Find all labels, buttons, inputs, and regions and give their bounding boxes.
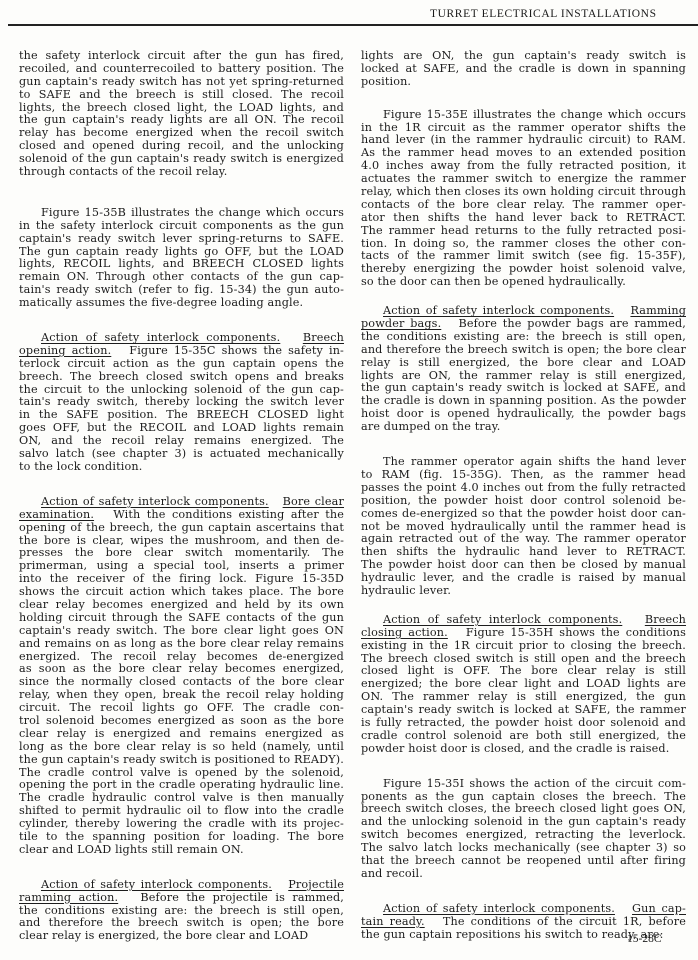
text-line: to SAFE and the breech is still closed. … xyxy=(19,89,344,102)
text-line: to RAM (fig. 15-35G). Then, as the ramme… xyxy=(361,469,686,482)
text-line: is fully retracted, the powder hoist doo… xyxy=(361,717,686,730)
text-line: Figure 15-35I shows the action of the ci… xyxy=(361,778,686,791)
section-heading-line-2: opening action. Figure 15-35C shows the … xyxy=(19,345,344,358)
left-column: the safety interlock circuit after the g… xyxy=(19,50,344,959)
section-subheading-cont: ramming action. xyxy=(19,891,118,904)
section-heading-line-2: examination. With the conditions existin… xyxy=(19,509,344,522)
right-column: lights are ON, the gun captain's ready s… xyxy=(361,50,686,957)
section-heading-line-2: closing action. Figure 15-35H shows the … xyxy=(361,627,686,640)
text-line: opening of the breech, the gun captain a… xyxy=(19,522,344,535)
text-span: With the conditions existing after the xyxy=(113,508,344,521)
section-subheading: Projectile xyxy=(288,878,344,891)
text-line: the conditions existing are: the breech … xyxy=(361,331,686,344)
text-line: Figure 15-35E illustrates the change whi… xyxy=(361,109,686,122)
section-heading: Action of safety interlock components. xyxy=(41,331,280,344)
text-line: lights are ON, the gun captain's ready s… xyxy=(361,50,686,63)
text-line: cradle control solenoid are both still e… xyxy=(361,730,686,743)
text-line: so the door can then be opened hydraulic… xyxy=(361,276,686,289)
text-line: to the lock condition. xyxy=(19,461,344,474)
text-span: Before the projectile is rammed, xyxy=(140,891,344,904)
text-line: Figure 15-35B illustrates the change whi… xyxy=(19,207,344,220)
paragraph-figure-15-35e: Figure 15-35E illustrates the change whi… xyxy=(361,109,686,289)
text-line: tile to the spanning position for loadin… xyxy=(19,831,344,844)
text-line: the safety interlock circuit after the g… xyxy=(19,50,344,63)
section-subheading-cont: closing action. xyxy=(361,626,448,639)
text-span: The conditions of the circuit 1R, before xyxy=(443,915,686,928)
section-subheading-cont: powder bags. xyxy=(361,317,441,330)
text-line: the gun captain's ready switch is positi… xyxy=(19,754,344,767)
text-line: The rammer head returns to the fully ret… xyxy=(361,225,686,238)
text-line: terlock circuit action as the gun captai… xyxy=(19,358,344,371)
text-line: and remains on as long as the bore clear… xyxy=(19,638,344,651)
text-line: position, the powder hoist door control … xyxy=(361,495,686,508)
text-span: Before the powder bags are rammed, xyxy=(458,317,686,330)
section-subheading-cont: tain ready. xyxy=(361,915,425,928)
paragraph-figure-15-35i: Figure 15-35I shows the action of the ci… xyxy=(361,778,686,881)
section-heading-line-2: powder bags. Before the powder bags are … xyxy=(361,318,686,331)
section-subheading-cont: examination. xyxy=(19,508,94,521)
page-number: 15-28C xyxy=(627,933,662,945)
text-line: that the breech cannot be reopened until… xyxy=(361,855,686,868)
text-line: ator then shifts the hand lever back to … xyxy=(361,212,686,225)
text-line: holding circuit through the SAFE contact… xyxy=(19,612,344,625)
text-line: are dumped on the tray. xyxy=(361,421,686,434)
text-line: comes de-energized so that the powder ho… xyxy=(361,508,686,521)
section-subheading: Breech xyxy=(645,613,686,626)
paragraph-spanning-position: lights are ON, the gun captain's ready s… xyxy=(361,50,686,89)
section-subheading-cont: opening action. xyxy=(19,344,111,357)
section-subheading: Bore clear xyxy=(283,495,344,508)
text-line: clear relay is energized and remains ene… xyxy=(19,728,344,741)
text-line: trol solenoid becomes energized as soon … xyxy=(19,715,344,728)
text-line: existing in the 1R circuit prior to clos… xyxy=(361,640,686,653)
section-subheading: Gun cap- xyxy=(632,902,686,915)
text-line: relay, which then closes its own holding… xyxy=(361,186,686,199)
text-line: gun captain's ready switch has not yet s… xyxy=(19,76,344,89)
text-line: long as the bore clear relay is so held … xyxy=(19,741,344,754)
section-ramming-powder-bags: Action of safety interlock components. R… xyxy=(361,305,686,434)
paragraph-rammer-again: The rammer operator again shifts the han… xyxy=(361,456,686,598)
section-heading: Action of safety interlock components. xyxy=(41,878,272,891)
text-line: position. xyxy=(361,76,686,89)
text-line: captain's ready switch. The bore clear l… xyxy=(19,625,344,638)
text-line: clear relay is energized, the bore clear… xyxy=(19,930,344,943)
text-line: matically assumes the five-degree loadin… xyxy=(19,297,344,310)
paragraph-figure-15-35b: Figure 15-35B illustrates the change whi… xyxy=(19,207,344,310)
text-line: clear relay becomes energized and held b… xyxy=(19,599,344,612)
header-rule xyxy=(8,24,698,26)
text-line: salvo latch (see chapter 3) is actuated … xyxy=(19,448,344,461)
text-span: Figure 15-35H shows the conditions xyxy=(466,626,686,639)
section-subheading: Ramming xyxy=(630,304,686,317)
text-line: hydraulic lever. xyxy=(361,585,686,598)
section-breech-closing: Action of safety interlock components. B… xyxy=(361,614,686,756)
text-line: powder hoist door is closed, and the cra… xyxy=(361,743,686,756)
text-line: through contacts of the recoil relay. xyxy=(19,166,344,179)
text-line: recoiled, and counterrecoiled to battery… xyxy=(19,63,344,76)
text-line: and recoil. xyxy=(361,868,686,881)
text-line: in the safety interlock circuit componen… xyxy=(19,220,344,233)
text-line: breech. The breech closed switch opens a… xyxy=(19,371,344,384)
section-subheading: Breech xyxy=(303,331,344,344)
section-projectile-ramming: Action of safety interlock components. P… xyxy=(19,879,344,943)
text-line: clear and LOAD lights still remain ON. xyxy=(19,844,344,857)
text-line: locked at SAFE, and the cradle is down i… xyxy=(361,63,686,76)
section-heading: Action of safety interlock components. xyxy=(383,613,622,626)
text-line: contacts of the bore clear relay. The ra… xyxy=(361,199,686,212)
text-line: passes the point 4.0 inches out from the… xyxy=(361,482,686,495)
text-line: and therefore the breech switch is open;… xyxy=(361,344,686,357)
section-heading-line-2: tain ready. The conditions of the circui… xyxy=(361,916,686,929)
running-head-title: TURRET ELECTRICAL INSTALLATIONS xyxy=(430,8,657,20)
section-heading: Action of safety interlock components. xyxy=(41,495,269,508)
section-heading-line-2: ramming action. Before the projectile is… xyxy=(19,892,344,905)
section-breech-opening: Action of safety interlock components. B… xyxy=(19,332,344,474)
paragraph-recoil-state: the safety interlock circuit after the g… xyxy=(19,50,344,179)
section-heading: Action of safety interlock components. xyxy=(383,304,614,317)
section-bore-clear-examination: Action of safety interlock components. B… xyxy=(19,496,344,857)
text-line: relay is still energized, the bore clear… xyxy=(361,357,686,370)
text-line: The rammer operator again shifts the han… xyxy=(361,456,686,469)
section-heading: Action of safety interlock components. xyxy=(383,902,615,915)
text-span: Figure 15-35C shows the safety in- xyxy=(129,344,344,357)
text-line: captain's ready switch lever spring-retu… xyxy=(19,233,344,246)
